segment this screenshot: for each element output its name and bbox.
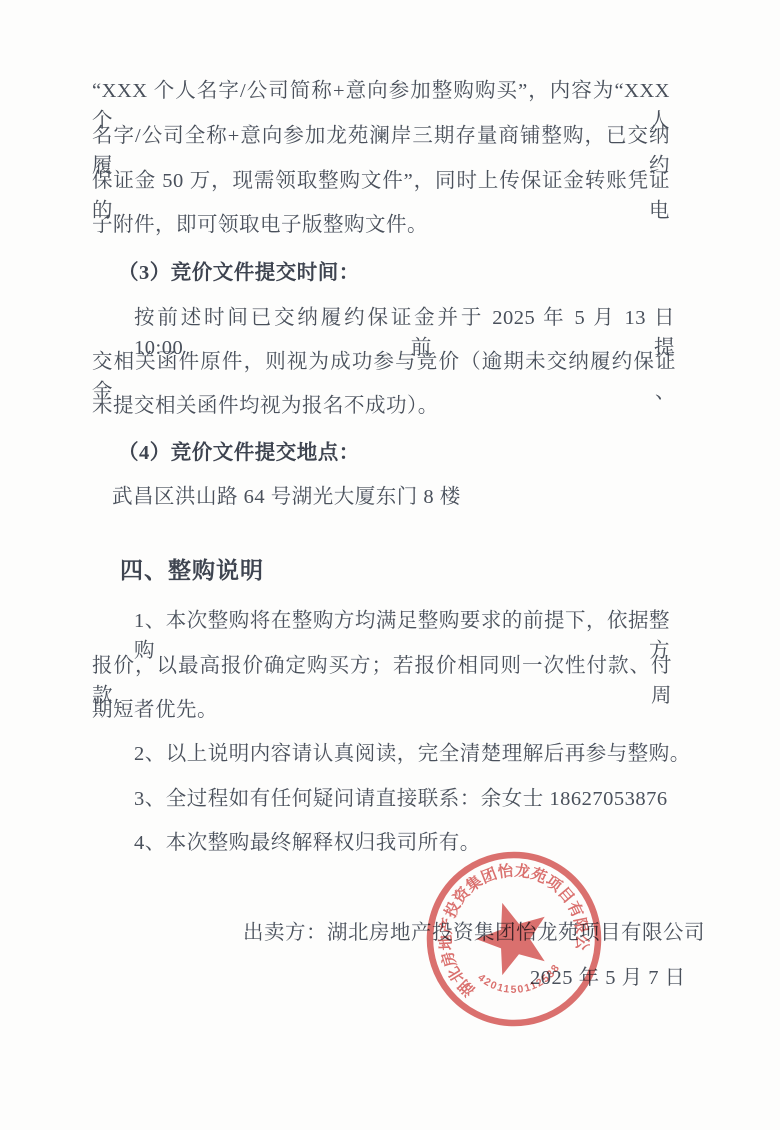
company-seal-graphic: 湖北房地产投资集团怡龙苑项目有限公司 4201150112538 bbox=[403, 828, 625, 1050]
main-heading: 四、整购说明 bbox=[120, 556, 264, 586]
section4-address: 武昌区洪山路 64 号湖光大厦东门 8 楼 bbox=[112, 482, 461, 512]
intro-line: 子附件，即可领取电子版整购文件。 bbox=[92, 210, 428, 240]
seal-star-icon bbox=[468, 892, 558, 980]
section3-line: 未提交相关函件均视为报名不成功）。 bbox=[92, 391, 439, 421]
item2-line: 2、以上说明内容请认真阅读，完全清楚理解后再参与整购。 bbox=[134, 739, 691, 769]
item3-line: 3、全过程如有任何疑问请直接联系：余女士 18627053876 bbox=[134, 784, 668, 814]
section4-heading: （4）竞价文件提交地点： bbox=[118, 438, 360, 468]
document-page: “XXX 个人名字/公司简称+意向参加整购购买”，内容为“XXX 个人 名字/公… bbox=[0, 0, 780, 1130]
seal-number-text: 4201150112538 bbox=[473, 948, 567, 1009]
company-seal: 湖北房地产投资集团怡龙苑项目有限公司 4201150112538 bbox=[403, 828, 625, 1050]
item1-line: 期短者优先。 bbox=[92, 695, 218, 725]
item4-line: 4、本次整购最终解释权归我司所有。 bbox=[134, 828, 481, 858]
section3-heading: （3）竞价文件提交时间： bbox=[118, 258, 360, 288]
